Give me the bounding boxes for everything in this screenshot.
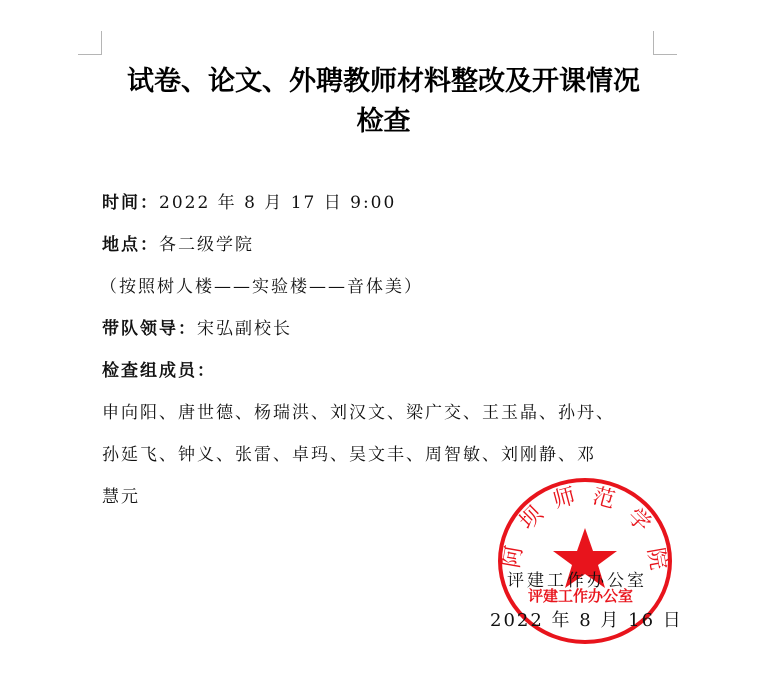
time-row: 时间：2022 年 8 月 17 日 9:00: [102, 188, 396, 213]
leader-row: 带队领导：宋弘副校长: [102, 314, 292, 339]
leader-value: 宋弘副校长: [197, 319, 292, 339]
svg-text:学: 学: [622, 504, 655, 537]
members-line-3: 慧元: [102, 482, 140, 507]
members-line-1: 申向阳、唐世德、杨瑞洪、刘汉文、梁广交、王玉晶、孙丹、: [102, 398, 615, 423]
route-text: （按照树人楼——实验楼——音体美）: [100, 272, 423, 297]
svg-text:师: 师: [550, 484, 578, 514]
document-title-line-1: 试卷、论文、外聘教师材料整改及开课情况: [60, 59, 707, 98]
members-line-2: 孙延飞、钟义、张雷、卓玛、吴文丰、周智敏、刘刚静、邓: [102, 440, 596, 465]
members-label: 检查组成员：: [102, 361, 216, 381]
issue-date: 2022 年 8 月 16 日: [490, 606, 683, 632]
issuer: 评建工作办公室: [507, 566, 647, 591]
place-value: 各二级学院: [159, 235, 254, 255]
document-title-line-2: 检查: [60, 99, 707, 138]
svg-text:范: 范: [590, 484, 618, 514]
place-label: 地点：: [102, 235, 159, 255]
time-label: 时间：: [102, 193, 159, 213]
place-row: 地点：各二级学院: [102, 230, 254, 255]
time-value: 2022 年 8 月 17 日 9:00: [159, 193, 396, 213]
members-label-row: 检查组成员：: [102, 356, 216, 381]
margin-corner-top-right: [653, 31, 677, 55]
svg-text:坝: 坝: [515, 501, 549, 535]
leader-label: 带队领导：: [102, 319, 197, 339]
margin-corner-top-left: [78, 31, 102, 55]
